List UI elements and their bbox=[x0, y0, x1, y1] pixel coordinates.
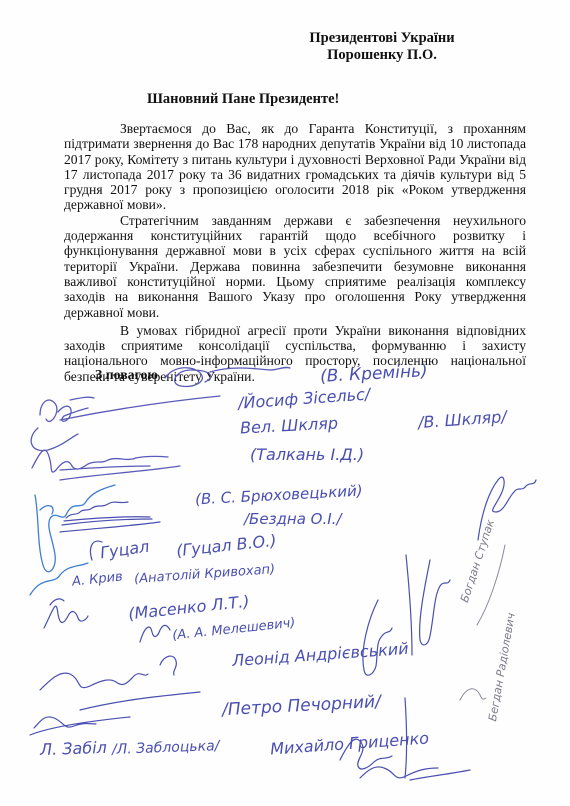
signature-zablotska-sig: Л. Забіл bbox=[40, 738, 107, 759]
addressee-line-2: Порошенку П.О. bbox=[282, 47, 482, 64]
scanned-letter-page: Президентові України Порошенку П.О. Шано… bbox=[0, 0, 570, 806]
paragraph-2: Стратегічним завданням держави є забезпе… bbox=[64, 213, 526, 320]
signature-name-shkliar: /В. Шкляр/ bbox=[417, 407, 507, 432]
closing: З повагою bbox=[95, 367, 158, 383]
signature-name-radiolevych: Бегдан Радіолевич bbox=[486, 612, 518, 722]
signature-name-talkan: (Талкань І.Д.) bbox=[250, 445, 364, 464]
addressee-block: Президентові України Порошенку П.О. bbox=[282, 30, 482, 64]
signature-name-stupak: Богдан Ступак bbox=[458, 518, 497, 604]
signature-name-zablotska: /Л. Заблоцька/ bbox=[112, 738, 220, 758]
paragraph-1: Звертаємося до Вас, як до Гаранта Консти… bbox=[64, 121, 526, 213]
signature-hutsal-sig: Гуцал bbox=[99, 537, 150, 563]
signature-name-briukhovetskyi: (В. С. Брюховецький) bbox=[195, 482, 363, 509]
signature-name-hrytsenko: Михайло Гриценко bbox=[270, 728, 430, 758]
signature-name-shkliar-sig: Вел. Шкляр bbox=[240, 413, 339, 437]
signature-name-masenko: (Масенко Л.Т.) bbox=[127, 592, 250, 624]
salutation: Шановний Пане Президенте! bbox=[147, 91, 339, 108]
signature-name-andriievskyi: Леонід Андрієвський bbox=[232, 639, 410, 670]
signature-name-hutsal: (Гуцал В.О.) bbox=[175, 531, 277, 560]
addressee-line-1: Президентові України bbox=[282, 30, 482, 47]
signature-name-bezdna: /Бездна О.І./ bbox=[244, 510, 342, 528]
signature-kryvokhap-sig: А. Крив bbox=[71, 569, 123, 589]
signature-name-pechornyi: /Петро Печорний/ bbox=[222, 692, 382, 720]
signature-name-zisels: /Йосиф Зісельс/ bbox=[237, 384, 370, 412]
signature-name-meleshevych: (А. А. Мелешевич) bbox=[172, 616, 297, 644]
signature-name-kryvokhap: (Анатолій Кривохап) bbox=[134, 562, 276, 587]
letter-body: Звертаємося до Вас, як до Гаранта Консти… bbox=[64, 121, 526, 384]
